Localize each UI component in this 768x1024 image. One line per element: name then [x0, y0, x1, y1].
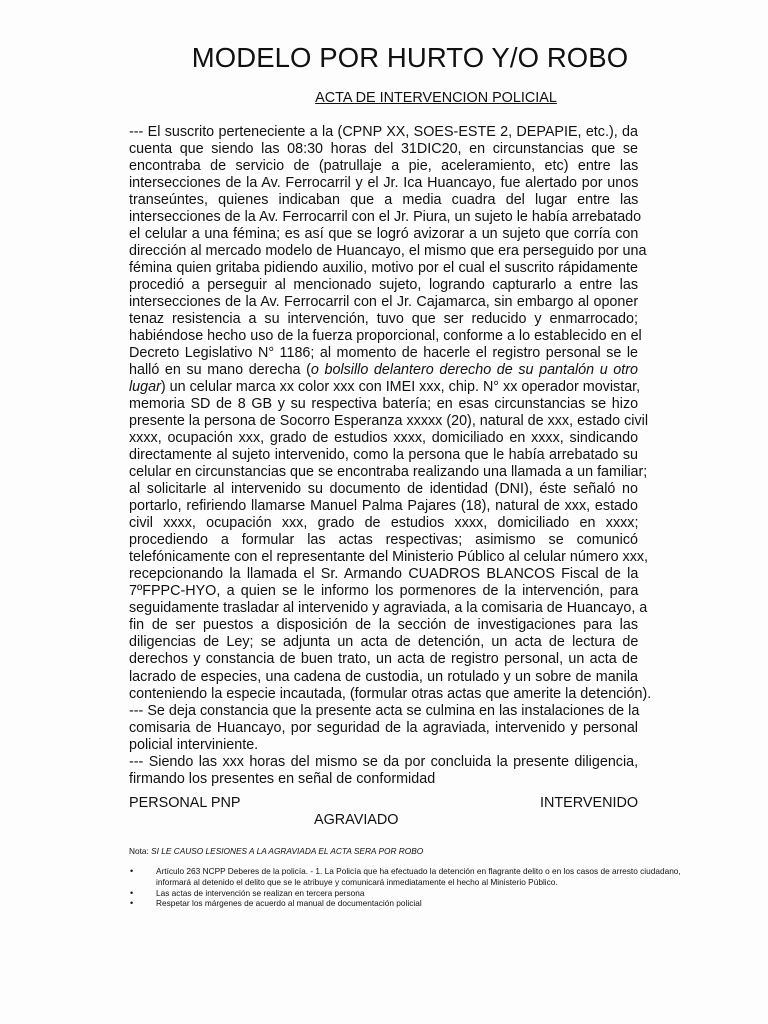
body-line: memoria SD de 8 GB y su respectiva bater… [129, 396, 638, 413]
body-line: xxxx, ocupación xxx, grado de estudios x… [129, 430, 638, 447]
body-line: policial interviniente. [129, 737, 638, 754]
signature-intervenido: INTERVENIDO [540, 795, 638, 811]
body-line: directamente al sujeto intervenido, como… [129, 447, 638, 464]
document-body: --- El suscrito perteneciente a la (CPNP… [129, 124, 638, 788]
nota-line: Nota: SI LE CAUSO LESIONES A LA AGRAVIAD… [129, 846, 423, 857]
body-line: seguidamente trasladar al intervenido y … [129, 600, 638, 617]
body-line: lugar) un celular marca xx color xxx con… [129, 379, 638, 396]
signature-block: PERSONAL PNP INTERVENIDO AGRAVIADO [129, 795, 649, 835]
body-line: intersecciones de la Av. Ferrocarril con… [129, 294, 638, 311]
body-line: procediendo a formular las actas respect… [129, 532, 638, 549]
signature-agraviado: AGRAVIADO [314, 812, 399, 828]
note-text: Las actas de intervención se realizan en… [156, 888, 711, 899]
body-line: intersecciones de la Av. Ferrocarril con… [129, 209, 638, 226]
document-title: MODELO POR HURTO Y/O ROBO [26, 40, 768, 76]
body-line-italic: o bolsillo delantero derecho de su panta… [311, 362, 638, 378]
body-line: presente la persona de Socorro Esperanza… [129, 413, 638, 430]
signature-personal-pnp: PERSONAL PNP [129, 795, 240, 811]
body-line-text: ) un celular marca xx color xxx con IMEI… [161, 379, 640, 395]
body-line: 7ºFPPC-HYO, a quien se le informo los po… [129, 583, 638, 600]
notes-list: • Artículo 263 NCPP Deberes de la policí… [129, 866, 709, 909]
body-line: encontraba de servicio de (patrullaje a … [129, 158, 638, 175]
body-line: transeúntes, quienes indicaban que a med… [129, 192, 638, 209]
body-line: --- El suscrito perteneciente a la (CPNP… [129, 124, 638, 141]
body-line: diligencias de Ley; se adjunta un acta d… [129, 634, 638, 651]
body-line: telefónicamente con el representante del… [129, 549, 638, 566]
document-page: MODELO POR HURTO Y/O ROBO ACTA DE INTERV… [0, 0, 768, 1024]
body-line: --- Se deja constancia que la presente a… [129, 703, 638, 720]
body-line: procedió a perseguir al mencionado sujet… [129, 277, 638, 294]
body-line: lacrado de especies, una cadena de custo… [129, 669, 638, 686]
bullet-icon: • [130, 898, 133, 909]
nota-label: Nota: [129, 846, 151, 856]
body-line-text: halló en su mano derecha ( [129, 362, 311, 378]
bullet-icon: • [130, 888, 133, 899]
body-line: cuenta que siendo las 08:30 horas del 31… [129, 141, 638, 158]
body-line: tenaz resistencia a su intervención, tuv… [129, 311, 638, 328]
body-line: celular en circunstancias que se encontr… [129, 464, 638, 481]
body-line: civil xxxx, ocupación xxx, grado de estu… [129, 515, 638, 532]
note-text: Artículo 263 NCPP Deberes de la policía.… [156, 866, 711, 888]
body-line: al solicitarle al intervenido su documen… [129, 481, 638, 498]
body-line: Decreto Legislativo N° 1186; al momento … [129, 345, 638, 362]
note-text: Respetar los márgenes de acuerdo al manu… [156, 898, 711, 909]
body-line: intersecciones de la Av. Ferrocarril y e… [129, 175, 638, 192]
body-line: derechos y constancia de buen trato, un … [129, 651, 638, 668]
body-line: portarlo, refiriendo llamarse Manuel Pal… [129, 498, 638, 515]
note-item: • Artículo 263 NCPP Deberes de la policí… [129, 866, 709, 888]
body-line: conteniendo la especie incautada, (formu… [129, 686, 638, 703]
body-line: dirección al mercado modelo de Huancayo,… [129, 243, 638, 260]
nota-text: SI LE CAUSO LESIONES A LA AGRAVIADA EL A… [151, 846, 423, 856]
body-line: fémina quien gritaba pidiendo auxilio, m… [129, 260, 638, 277]
body-line: comisaria de Huancayo, por seguridad de … [129, 720, 638, 737]
body-line: recepcionando la llamada el Sr. Armando … [129, 566, 638, 583]
note-item: • Las actas de intervención se realizan … [129, 888, 709, 899]
body-line: firmando los presentes en señal de confo… [129, 771, 638, 788]
document-subtitle: ACTA DE INTERVENCION POLICIAL [52, 89, 768, 107]
body-line: el celular a una fémina; es así que se l… [129, 226, 638, 243]
body-line: fin de ser puestos a disposición de la s… [129, 617, 638, 634]
body-line: habiéndose hecho uso de la fuerza propor… [129, 328, 638, 345]
body-line: --- Siendo las xxx horas del mismo se da… [129, 754, 638, 771]
note-item: • Respetar los márgenes de acuerdo al ma… [129, 898, 709, 909]
body-line: halló en su mano derecha (o bolsillo del… [129, 362, 638, 379]
body-line-italic: lugar [129, 379, 161, 395]
bullet-icon: • [130, 866, 133, 877]
